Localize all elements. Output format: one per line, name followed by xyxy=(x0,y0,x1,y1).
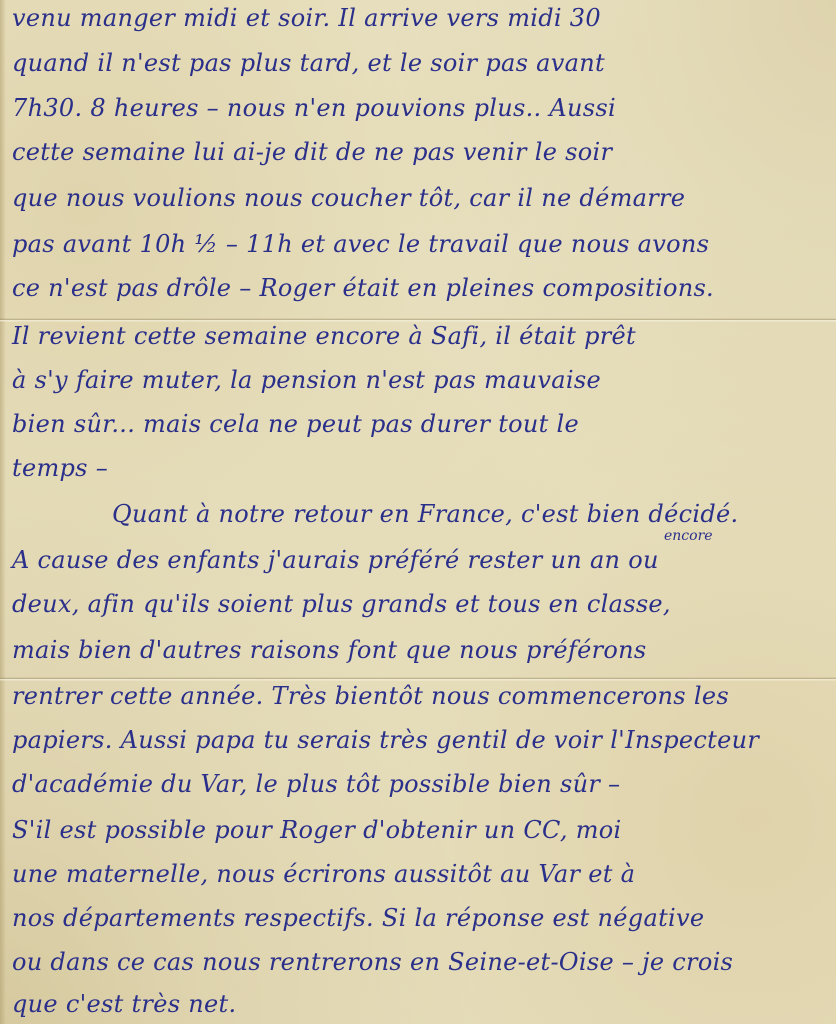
text-line: d'académie du Var, le plus tôt possible … xyxy=(12,770,620,798)
text-line: Il revient cette semaine encore à Safi, … xyxy=(12,322,636,350)
text-line: A cause des enfants j'aurais préféré res… xyxy=(12,546,659,574)
text-line: que nous voulions nous coucher tôt, car … xyxy=(12,184,685,212)
letter-page: venu manger midi et soir. Il arrive vers… xyxy=(0,0,836,1024)
text-line: ou dans ce cas nous rentrerons en Seine-… xyxy=(12,948,733,976)
text-line: rentrer cette année. Très bientôt nous c… xyxy=(12,682,729,710)
text-line: S'il est possible pour Roger d'obtenir u… xyxy=(12,816,621,844)
text-line: temps – xyxy=(12,454,108,482)
superscript-insertion: encore xyxy=(664,528,713,544)
text-line: 7h30. 8 heures – nous n'en pouvions plus… xyxy=(12,94,616,122)
text-line: bien sûr... mais cela ne peut pas durer … xyxy=(12,410,579,438)
text-line: deux, afin qu'ils soient plus grands et … xyxy=(12,590,671,618)
paragraph-start-line: Quant à notre retour en France, c'est bi… xyxy=(112,500,738,528)
text-line: quand il n'est pas plus tard, et le soir… xyxy=(12,49,605,77)
text-line: cette semaine lui ai-je dit de ne pas ve… xyxy=(12,138,612,166)
text-line: pas avant 10h ½ – 11h et avec le travail… xyxy=(12,230,709,258)
text-line: mais bien d'autres raisons font que nous… xyxy=(12,636,646,664)
text-line: venu manger midi et soir. Il arrive vers… xyxy=(12,4,601,32)
text-line: papiers. Aussi papa tu serais très genti… xyxy=(12,726,759,754)
text-line: nos départements respectifs. Si la répon… xyxy=(12,904,704,932)
text-line: à s'y faire muter, la pension n'est pas … xyxy=(12,366,601,394)
paper-edge-shadow xyxy=(0,0,6,1024)
text-line: que c'est très net. xyxy=(12,990,236,1018)
text-line: ce n'est pas drôle – Roger était en plei… xyxy=(12,274,714,302)
text-line: une maternelle, nous écrirons aussitôt a… xyxy=(12,860,635,888)
paper-fold-crease xyxy=(0,677,836,681)
